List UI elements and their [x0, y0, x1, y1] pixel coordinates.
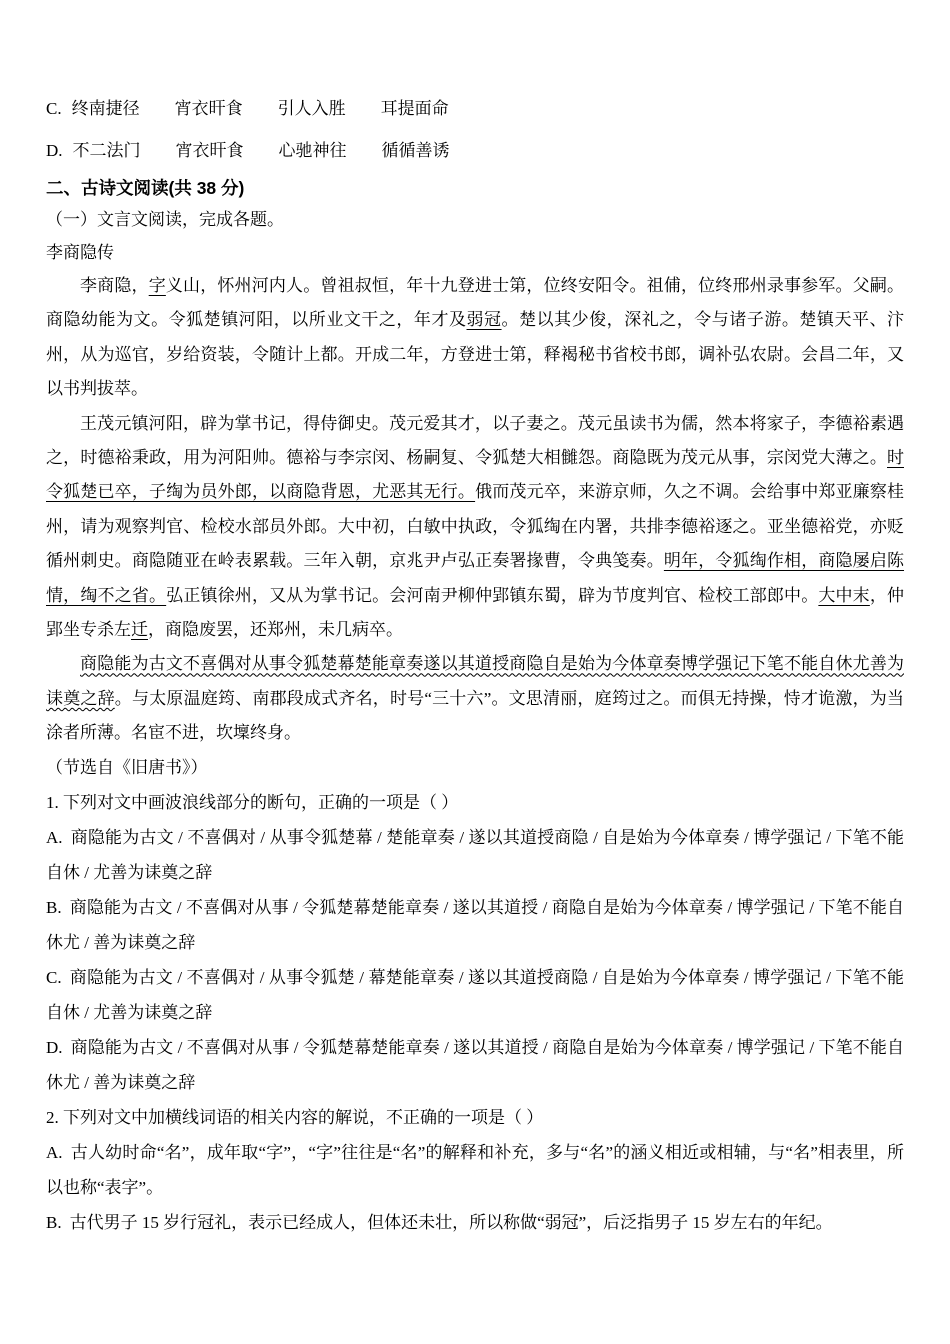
passage-paragraph-1: 李商隐，字义山，怀州河内人。曾祖叔恒，年十九登进士第，位终安阳令。祖俌，位终邢州…	[46, 269, 904, 407]
idiom: 循循善诱	[382, 130, 450, 172]
idiom: 宵衣旰食	[175, 88, 243, 130]
passage-text: 弘正镇徐州，又从为掌书记。会河南尹柳仲郢镇东蜀，辟为节度判官、检校工部郎中。	[166, 586, 818, 605]
section-intro: （一）文言文阅读，完成各题。	[46, 204, 904, 235]
option-label: C.	[46, 88, 62, 130]
option-label: A.	[46, 1143, 63, 1162]
option-text: 古人幼时命“名”，成年取“字”，“字”往往是“名”的解释和补充，多与“名”的涵义…	[46, 1143, 904, 1197]
question-2-option-a: A.古人幼时命“名”，成年取“字”，“字”往往是“名”的解释和补充，多与“名”的…	[46, 1135, 904, 1205]
idiom-option-row-c: C. 终南捷径 宵衣旰食 引人入胜 耳提面命	[46, 88, 904, 130]
option-text: 商隐能为古文 / 不喜偶对 / 从事令狐楚 / 幕楚能章奏 / 遂以其道授商隐 …	[46, 968, 904, 1022]
question-2-stem: 2. 下列对文中加横线词语的相关内容的解说，不正确的一项是（ ）	[46, 1100, 904, 1135]
passage-text: 李商隐，	[80, 276, 149, 295]
idiom: 心驰神往	[279, 130, 347, 172]
idiom: 宵衣旰食	[176, 130, 244, 172]
question-1-option-a: A.商隐能为古文 / 不喜偶对 / 从事令狐楚幕 / 楚能章奏 / 遂以其道授商…	[46, 820, 904, 890]
option-label: B.	[46, 1213, 62, 1232]
option-label: B.	[46, 898, 62, 917]
option-label: D.	[46, 1038, 63, 1057]
option-label: C.	[46, 968, 62, 987]
underlined-term: 弱冠	[467, 310, 502, 329]
idiom: 终南捷径	[72, 88, 140, 130]
question-1-option-d: D.商隐能为古文 / 不喜偶对从事 / 令狐楚幕楚能章奏 / 遂以其道授 / 商…	[46, 1030, 904, 1100]
idiom: 引人入胜	[278, 88, 346, 130]
question-1-option-c: C.商隐能为古文 / 不喜偶对 / 从事令狐楚 / 幕楚能章奏 / 遂以其道授商…	[46, 960, 904, 1030]
idiom: 耳提面命	[381, 88, 449, 130]
passage-paragraph-3: 商隐能为古文不喜偶对从事令狐楚幕楚能章奏遂以其道授商隐自是始为今体章奏博学强记下…	[46, 647, 904, 750]
passage-text: ，商隐废罢，还郑州，未几病卒。	[148, 620, 403, 639]
option-text: 商隐能为古文 / 不喜偶对从事 / 令狐楚幕楚能章奏 / 遂以其道授 / 商隐自…	[46, 898, 904, 952]
passage-text: 。与太原温庭筠、南郡段成式齐名，时号“三十六”。文思清丽，庭筠过之。而俱无持操，…	[46, 689, 904, 742]
section-heading: 二、古诗文阅读(共 38 分)	[46, 173, 904, 204]
option-label: A.	[46, 828, 63, 847]
option-text: 商隐能为古文 / 不喜偶对 / 从事令狐楚幕 / 楚能章奏 / 遂以其道授商隐 …	[46, 828, 904, 882]
idiom: 不二法门	[73, 130, 141, 172]
question-2-option-b: B.古代男子 15 岁行冠礼，表示已经成人，但体还未壮，所以称做“弱冠”，后泛指…	[46, 1205, 904, 1240]
document-page: C. 终南捷径 宵衣旰食 引人入胜 耳提面命 D. 不二法门 宵衣旰食 心驰神往…	[0, 0, 950, 1344]
passage-attribution: （节选自《旧唐书》）	[46, 751, 904, 785]
passage-text: 王茂元镇河阳，辟为掌书记，得侍御史。茂元爱其才，以子妻之。茂元虽读书为儒，然本将…	[46, 414, 904, 467]
underlined-term: 字	[149, 276, 166, 295]
option-text: 商隐能为古文 / 不喜偶对从事 / 令狐楚幕楚能章奏 / 遂以其道授 / 商隐自…	[46, 1038, 904, 1092]
underlined-term: 迁	[131, 620, 148, 639]
question-1-option-b: B.商隐能为古文 / 不喜偶对从事 / 令狐楚幕楚能章奏 / 遂以其道授 / 商…	[46, 890, 904, 960]
passage-title: 李商隐传	[46, 236, 904, 269]
question-1-stem: 1. 下列对文中画波浪线部分的断句，正确的一项是（ ）	[46, 785, 904, 820]
underlined-term: 大中末	[818, 586, 870, 605]
idiom-option-row-d: D. 不二法门 宵衣旰食 心驰神往 循循善诱	[46, 130, 904, 172]
passage-paragraph-2: 王茂元镇河阳，辟为掌书记，得侍御史。茂元爱其才，以子妻之。茂元虽读书为儒，然本将…	[46, 407, 904, 648]
option-text: 古代男子 15 岁行冠礼，表示已经成人，但体还未壮，所以称做“弱冠”，后泛指男子…	[70, 1213, 833, 1232]
option-label: D.	[46, 130, 63, 172]
